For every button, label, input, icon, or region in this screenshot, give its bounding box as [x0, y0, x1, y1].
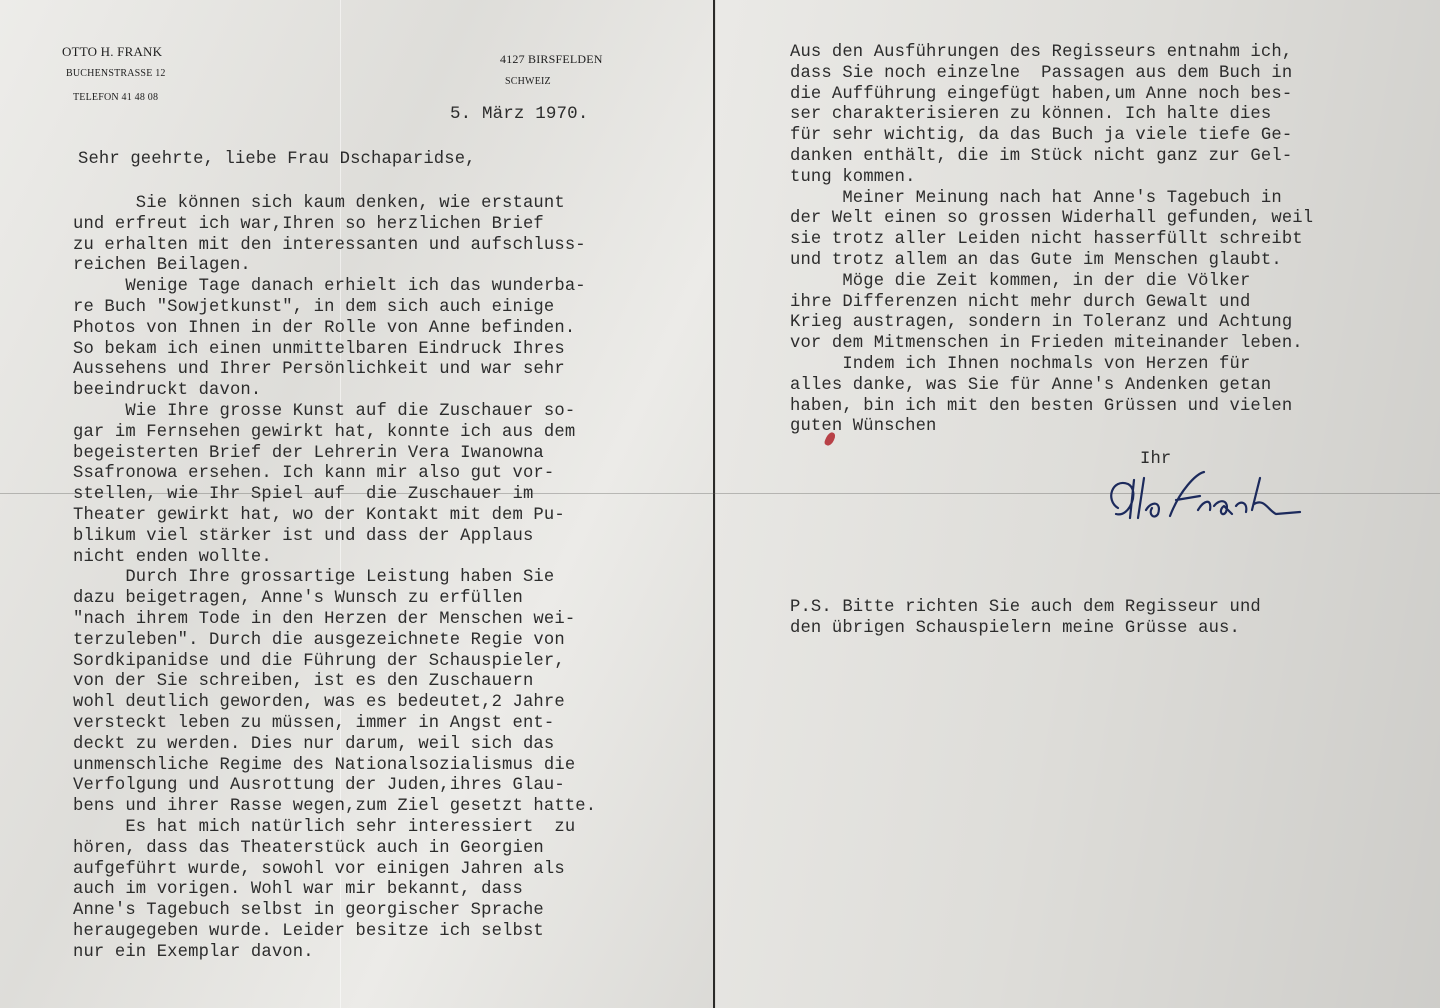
- page-seam: [713, 0, 715, 1008]
- closing: Ihr: [1140, 450, 1171, 471]
- letterhead-name: OTTO H. FRANK: [62, 44, 162, 60]
- postscript: P.S. Bitte richten Sie auch dem Regisseu…: [790, 598, 1261, 640]
- letterhead-city: 4127 BIRSFELDEN: [500, 52, 603, 67]
- letter-date: 5. März 1970.: [450, 104, 588, 125]
- salutation: Sehr geehrte, liebe Frau Dschaparidse,: [78, 150, 476, 171]
- letterhead-country: SCHWEIZ: [505, 76, 551, 87]
- letterhead-street: BUCHENSTRASSE 12: [66, 68, 166, 79]
- letter-body-left: Sie können sich kaum denken, wie erstaun…: [73, 194, 596, 963]
- letter-body-right: Aus den Ausführungen des Regisseurs entn…: [790, 43, 1313, 438]
- letterhead-phone: TELEFON 41 48 08: [73, 92, 158, 103]
- signature-icon: [1100, 470, 1320, 530]
